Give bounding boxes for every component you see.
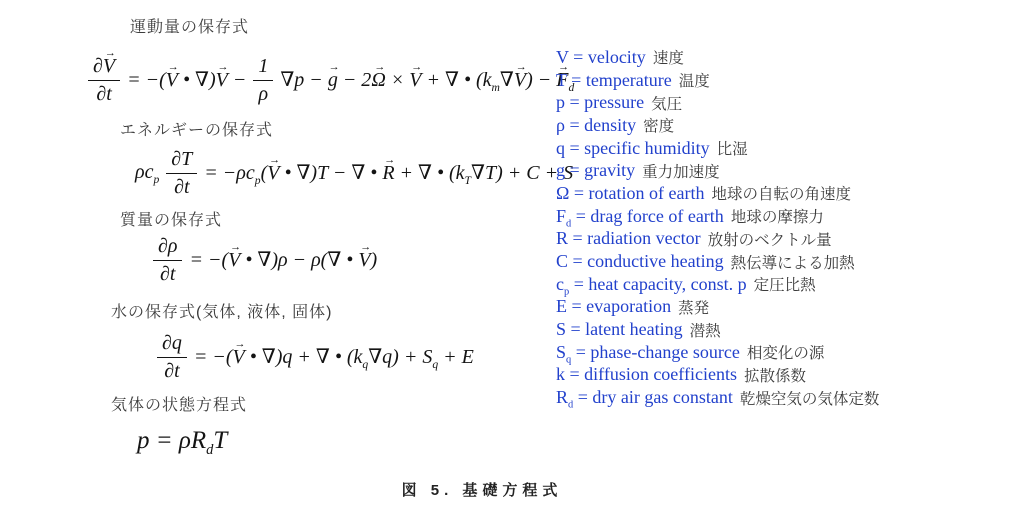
fraction: ∂ρ∂t	[153, 232, 182, 286]
legend-item: Fd = drag force of earth地球の摩擦力	[556, 205, 879, 228]
equation-text: = −(→V • ∇)→V −	[127, 67, 246, 92]
legend-japanese: 熱伝導による加熱	[731, 251, 855, 273]
legend-japanese: 地球の自転の角速度	[711, 182, 851, 204]
vector-arrow-icon: →	[230, 242, 241, 253]
legend-symbol-definition: E = evaporation	[556, 296, 671, 317]
legend-japanese: 地球の摩擦力	[731, 205, 824, 227]
equation-state: p = ρRdT	[137, 418, 227, 464]
vector-symbol: →R	[382, 162, 394, 185]
legend-symbol-definition: V = velocity	[556, 47, 646, 68]
legend-item: cp = heat capacity, const. p定圧比熱	[556, 273, 879, 296]
legend-symbol-definition: Ω = rotation of earth	[556, 183, 704, 204]
equation-text: = −(→V • ∇)q + ∇ • (kq∇q) + Sq + E	[194, 344, 474, 369]
legend-item: Rd = dry air gas constant乾燥空気の気体定数	[556, 386, 879, 409]
legend-japanese: 潜熱	[690, 319, 721, 341]
legend-symbol-definition: p = pressure	[556, 92, 644, 113]
legend-japanese: 気圧	[651, 92, 682, 114]
legend-item: C = conductive heating熱伝導による加熱	[556, 250, 879, 273]
vector-arrow-icon: →	[360, 242, 371, 253]
equation-water: ∂q∂t= −(→V • ∇)q + ∇ • (kq∇q) + Sq + E	[157, 327, 474, 385]
legend-symbol-definition: Rd = dry air gas constant	[556, 387, 733, 408]
legend-japanese: 乾燥空気の気体定数	[740, 387, 880, 409]
vector-symbol: →g	[328, 69, 338, 92]
vector-arrow-icon: →	[234, 339, 245, 350]
vector-arrow-icon: →	[329, 62, 340, 73]
legend-symbol-definition: cp = heat capacity, const. p	[556, 274, 747, 295]
legend-symbol-definition: T = temperature	[556, 70, 672, 91]
legend-symbol-definition: ρ = density	[556, 115, 636, 136]
legend-item: R = radiation vector放射のベクトル量	[556, 228, 879, 251]
legend-item: p = pressure気圧	[556, 91, 879, 114]
section-title-water: 水の保存式(気体, 液体, 固体)	[111, 299, 332, 322]
legend-item: g = gravity重力加速度	[556, 159, 879, 182]
vector-symbol: →V	[103, 55, 115, 78]
legend-japanese: 重力加速度	[642, 160, 720, 182]
legend-symbol-definition: k = diffusion coefficients	[556, 364, 737, 385]
equation-text: = −(→V • ∇)ρ − ρ(∇ • →V)	[189, 247, 377, 272]
equation-text: ∇p − →g − 2→Ω × →V + ∇ • (km∇→V) − →Fd	[280, 67, 574, 92]
legend: V = velocity速度 T = temperature温度 p = pre…	[556, 46, 879, 409]
legend-item: Ω = rotation of earth地球の自転の角速度	[556, 182, 879, 205]
section-title-energy: エネルギーの保存式	[120, 117, 273, 140]
vector-symbol: →Ω	[371, 69, 385, 92]
legend-item: T = temperature温度	[556, 69, 879, 92]
legend-symbol-definition: S = latent heating	[556, 319, 683, 340]
equation-text: p = ρRdT	[137, 427, 227, 455]
legend-japanese: 蒸発	[678, 296, 709, 318]
figure-page: 運動量の保存式 ∂→V∂t= −(→V • ∇)→V −1ρ∇p − →g − …	[0, 0, 1014, 520]
legend-japanese: 密度	[643, 114, 674, 136]
legend-japanese: 放射のベクトル量	[708, 228, 832, 250]
legend-japanese: 速度	[653, 46, 684, 68]
legend-japanese: 定圧比熱	[754, 273, 816, 295]
vector-symbol: →V	[267, 162, 279, 185]
legend-item: S = latent heating潜熱	[556, 318, 879, 341]
fraction: ∂→V∂t	[88, 52, 120, 106]
vector-arrow-icon: →	[384, 155, 395, 166]
vector-symbol: →V	[216, 69, 228, 92]
legend-japanese: 拡散係数	[744, 364, 806, 386]
vector-symbol: →V	[514, 69, 526, 92]
vector-symbol: →V	[409, 69, 421, 92]
legend-symbol-definition: Sq = phase-change source	[556, 342, 740, 363]
legend-item: q = specific humidity比湿	[556, 137, 879, 160]
vector-arrow-icon: →	[516, 62, 527, 73]
legend-item: E = evaporation蒸発	[556, 296, 879, 319]
vector-arrow-icon: →	[168, 62, 179, 73]
fraction: ∂T∂t	[166, 145, 197, 199]
legend-symbol-definition: R = radiation vector	[556, 228, 701, 249]
legend-symbol-definition: Fd = drag force of earth	[556, 206, 724, 227]
vector-symbol: →V	[228, 249, 240, 272]
vector-arrow-icon: →	[374, 62, 385, 73]
section-title-momentum: 運動量の保存式	[130, 14, 249, 37]
vector-arrow-icon: →	[105, 48, 116, 59]
legend-item: V = velocity速度	[556, 46, 879, 69]
legend-item: k = diffusion coefficients拡散係数	[556, 364, 879, 387]
fraction: ∂q∂t	[157, 329, 187, 383]
legend-symbol-definition: q = specific humidity	[556, 138, 710, 159]
legend-symbol-definition: g = gravity	[556, 160, 635, 181]
equation-text: ρcp	[135, 161, 159, 184]
fraction: 1ρ	[253, 52, 273, 106]
section-title-state: 気体の状態方程式	[111, 392, 247, 415]
vector-symbol: →V	[233, 346, 245, 369]
legend-item: ρ = density密度	[556, 114, 879, 137]
equation-momentum: ∂→V∂t= −(→V • ∇)→V −1ρ∇p − →g − 2→Ω × →V…	[88, 50, 574, 108]
section-title-mass: 質量の保存式	[120, 207, 222, 230]
legend-symbol-definition: C = conductive heating	[556, 251, 724, 272]
legend-japanese: 相変化の源	[747, 341, 825, 363]
vector-arrow-icon: →	[218, 62, 229, 73]
equation-mass: ∂ρ∂t= −(→V • ∇)ρ − ρ(∇ • →V)	[153, 232, 377, 286]
vector-arrow-icon: →	[411, 62, 422, 73]
legend-japanese: 温度	[679, 69, 710, 91]
vector-symbol: →V	[166, 69, 178, 92]
figure-caption: 図 5. 基礎方程式	[0, 479, 964, 500]
legend-japanese: 比湿	[717, 137, 748, 159]
equation-energy: ρcp∂T∂t= −ρcp(→V • ∇)T − ∇ • →R + ∇ • (k…	[135, 145, 573, 199]
vector-symbol: →V	[358, 249, 370, 272]
legend-item: Sq = phase-change source相変化の源	[556, 341, 879, 364]
equation-text: = −ρcp(→V • ∇)T − ∇ • →R + ∇ • (kT∇T) + …	[204, 160, 573, 185]
vector-arrow-icon: →	[269, 155, 280, 166]
